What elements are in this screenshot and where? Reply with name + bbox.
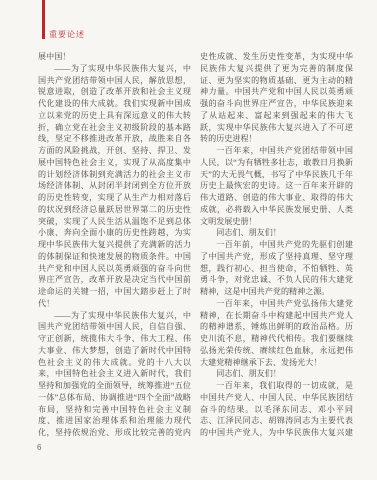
- paragraph: ——为了实现中华民族伟大复兴，中国共产党团结带领中国人民，解放思想，锐意进取，创…: [38, 63, 191, 310]
- paragraph: 一百年来，中国共产党团结带领中国人民，以“为有牺牲多壮志，敢教日月换新天”的大无…: [200, 145, 353, 227]
- paragraph: ——为了实现中华民族伟大复兴，中国共产党团结带领中国人民，自信自强、守正创新，统…: [38, 310, 191, 441]
- section-marker-bar: [42, 0, 45, 39]
- paragraph: 展中国！: [38, 51, 191, 63]
- document-page: 重要论述 展中国！ ——为了实现中华民族伟大复兴，中国共产党团结带领中国人民，解…: [0, 0, 377, 480]
- section-header-label: 重要论述: [49, 30, 85, 39]
- text-column-right: 史性成就、发生历史性变革，为实现中华民族伟大复兴提供了更为完善的制度保证、更为坚…: [200, 51, 353, 440]
- paragraph: 一百年来，中国共产党弘扬伟大建党精神，在长期奋斗中构建起中国共产党人的精神谱系，…: [200, 298, 353, 369]
- paragraph: 一百年前，中国共产党的先驱们创建了中国共产党，形成了坚持真理、坚守理想，践行初心…: [200, 239, 353, 298]
- text-column-left: 展中国！ ——为了实现中华民族伟大复兴，中国共产党团结带领中国人民，解放思想，锐…: [38, 51, 191, 440]
- page-number: 6: [37, 443, 41, 452]
- paragraph: 同志们、朋友们！: [200, 368, 353, 380]
- paragraph: 史性成就、发生历史性变革，为实现中华民族伟大复兴提供了更为完善的制度保证、更为坚…: [200, 51, 353, 145]
- paragraph: 同志们、朋友们！: [200, 227, 353, 239]
- paragraph: 一百年来，我们取得的一切成就，是中国共产党人、中国人民、中华民族团结奋斗的结果。…: [200, 380, 353, 440]
